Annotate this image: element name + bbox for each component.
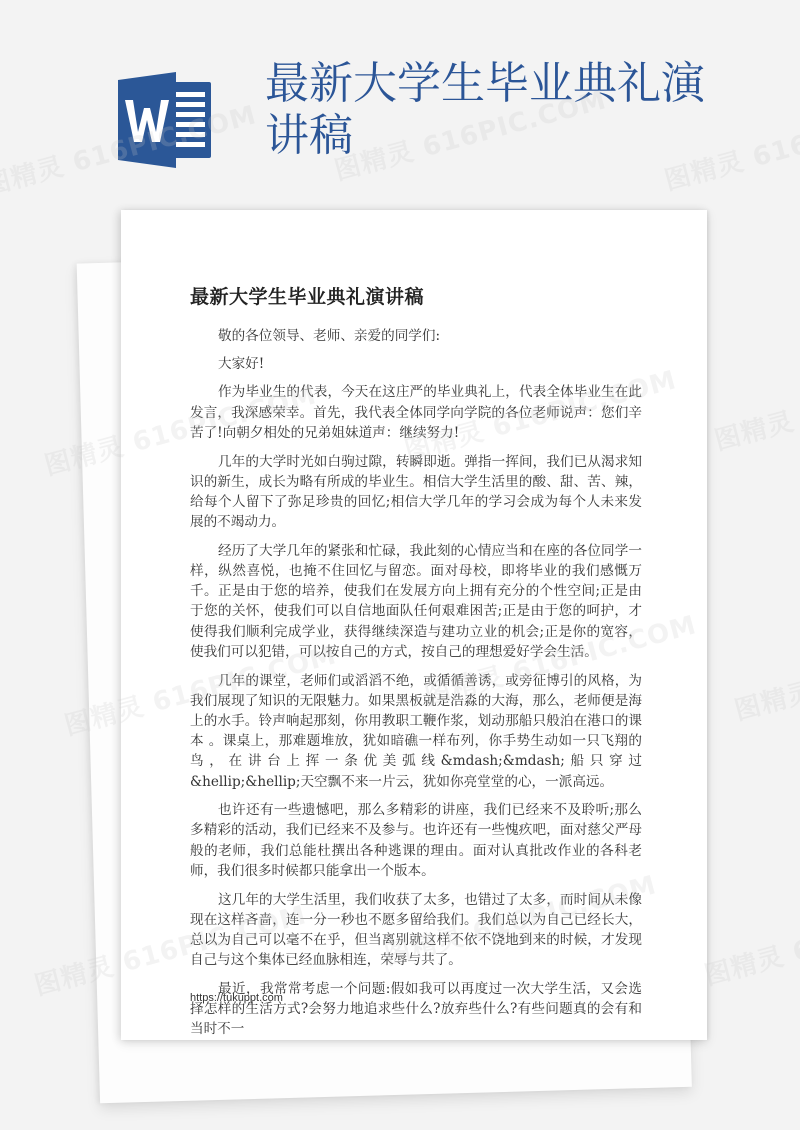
paragraph: 作为毕业生的代表，今天在这庄严的毕业典礼上，代表全体毕业生在此发言，我深感荣幸。… xyxy=(190,382,642,443)
header: 最新大学生毕业典礼演讲稿 xyxy=(0,0,800,200)
footer-url: https://tukuppt.com xyxy=(190,992,283,1004)
paragraph-salutation: 敬的各位领导、老师、亲爱的同学们: xyxy=(190,326,642,346)
document-title: 最新大学生毕业典礼演讲稿 xyxy=(190,282,424,309)
paragraph: 经历了大学几年的紧张和忙碌，我此刻的心情应当和在座的各位同学一样，纵然喜悦，也掩… xyxy=(190,541,642,662)
paragraph-greeting: 大家好! xyxy=(190,354,642,374)
watermark: 图精灵 616PIC.COM xyxy=(700,884,800,992)
header-title: 最新大学生毕业典礼演讲稿 xyxy=(265,58,705,162)
document-body: 敬的各位领导、老师、亲爱的同学们: 大家好! 作为毕业生的代表，今天在这庄严的毕… xyxy=(190,326,642,1048)
watermark: 图精灵 616PIC.COM xyxy=(730,619,800,727)
paragraph: 几年的课堂，老师们或滔滔不绝，或循循善诱，或旁征博引的风格，为我们展现了知识的无… xyxy=(190,671,642,792)
paragraph: 这几年的大学生活里，我们收获了太多，也错过了太多，而时间从未像现在这样吝啬，连一… xyxy=(190,890,642,971)
word-document-icon xyxy=(113,70,213,170)
paragraph: 也许还有一些遗憾吧，那么多精彩的讲座，我们已经来不及聆听;那么多精彩的活动，我们… xyxy=(190,800,642,881)
watermark: 图精灵 616PIC.COM xyxy=(710,349,800,457)
document-page: 最新大学生毕业典礼演讲稿 敬的各位领导、老师、亲爱的同学们: 大家好! 作为毕业… xyxy=(121,210,707,1040)
paragraph: 最近，我常常考虑一个问题:假如我可以再度过一次大学生活，又会选择怎样的生活方式?… xyxy=(190,979,642,1040)
paragraph: 几年的大学时光如白驹过隙，转瞬即逝。弹指一挥间，我们已从渴求知识的新生，成长为略… xyxy=(190,452,642,533)
